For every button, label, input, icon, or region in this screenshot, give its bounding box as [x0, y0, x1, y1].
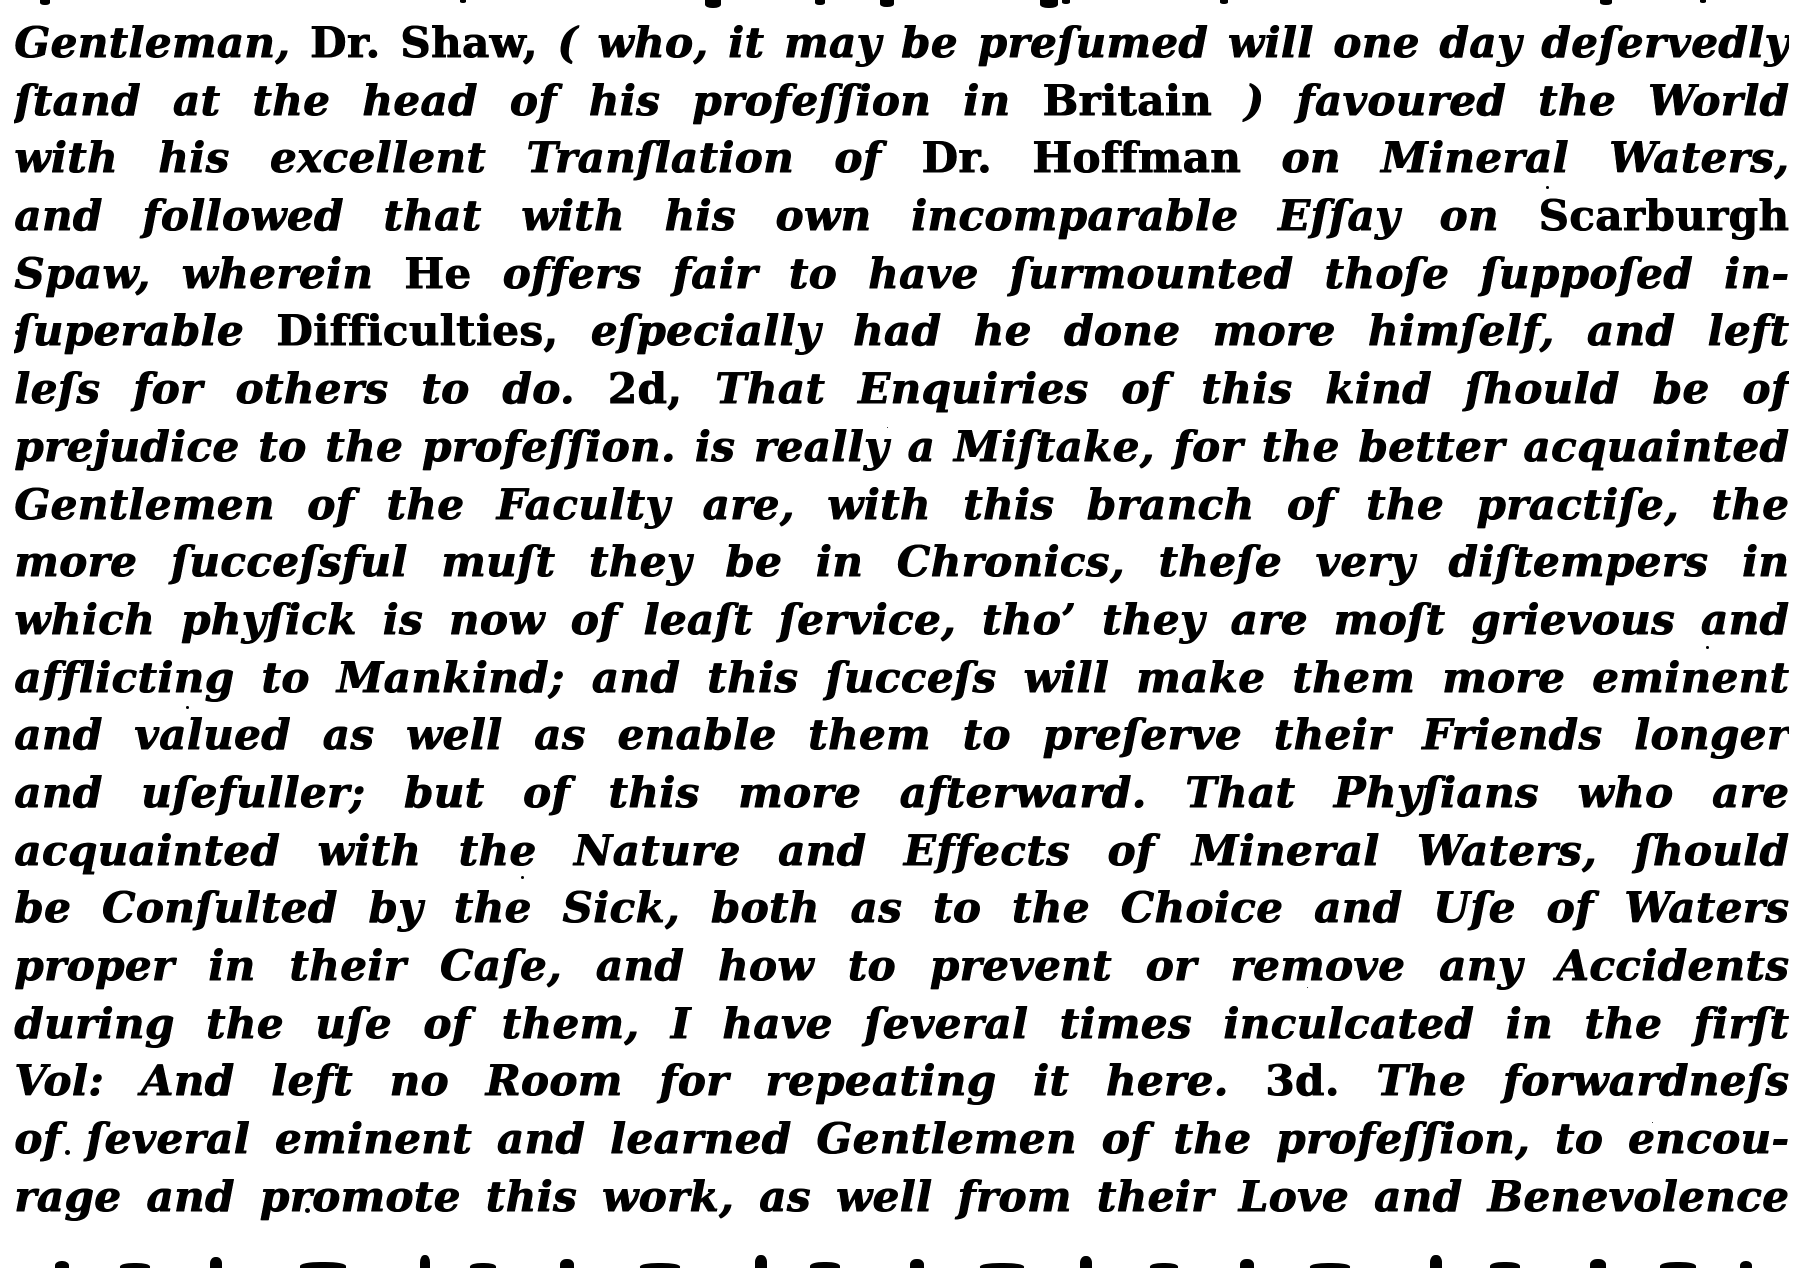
- text-line: be Conſulted by the Sick, both as to the…: [14, 879, 1789, 937]
- ink-fragment: [1310, 1263, 1350, 1268]
- ink-fragment: [560, 1259, 574, 1268]
- ink-fragment: [1150, 1263, 1178, 1268]
- ink-fragment: [1740, 1261, 1752, 1268]
- text-block: Gentleman, Dr. Shaw, ( who, it may be pr…: [14, 14, 1789, 1225]
- ink-fragment: [210, 1257, 222, 1268]
- text-line: which phyſick is now of leaſt ſervice, t…: [14, 591, 1789, 649]
- ink-fragment: [470, 1263, 496, 1268]
- ink-fragment: [1660, 1262, 1696, 1268]
- text-line: ſtand at the head of his profeſſion in B…: [14, 72, 1789, 130]
- text-line: Gentlemen of the Faculty are, with this …: [14, 476, 1789, 534]
- text-line: of ſeveral eminent and learned Gentlemen…: [14, 1110, 1789, 1168]
- text-line: and valued as well as enable them to pre…: [14, 706, 1789, 764]
- text-line: and followed that with his own incompara…: [14, 187, 1789, 245]
- ink-fragment: [1600, 0, 1612, 5]
- ink-fragment: [300, 1262, 346, 1268]
- ink-fragment: [1590, 1259, 1606, 1268]
- text-line: ſuperable Difficulties, eſpecially had h…: [14, 302, 1789, 360]
- ink-fragment: [1062, 0, 1070, 4]
- text-line: Vol: And left no Room for repeating it h…: [14, 1052, 1789, 1110]
- scanned-book-page: Gentleman, Dr. Shaw, ( who, it may be pr…: [0, 0, 1799, 1268]
- ink-fragment: [815, 0, 825, 5]
- text-line: during the uſe of them, I have ſeveral t…: [14, 995, 1789, 1053]
- ink-fragment: [1430, 1255, 1442, 1268]
- ink-specks: [0, 0, 5, 5]
- text-line: leſs for others to do. 2d, That Enquirie…: [14, 360, 1789, 418]
- ink-fragment: [640, 1263, 680, 1268]
- ink-fragment: [980, 1263, 1024, 1268]
- ink-fragment: [1490, 1262, 1520, 1268]
- ink-fragment: [880, 0, 894, 7]
- text-line: more ſucceſsful muſt they be in Chronics…: [14, 533, 1789, 591]
- ink-fragment: [705, 0, 721, 8]
- ink-fragment: [910, 1259, 924, 1268]
- ink-fragment: [1080, 1256, 1092, 1268]
- ink-fragment: [1240, 1259, 1254, 1268]
- ink-fragment: [1700, 0, 1706, 3]
- text-line: with his excellent Tranſlation of Dr. Ho…: [14, 129, 1789, 187]
- ink-fragment: [420, 1255, 430, 1268]
- ink-fragment: [55, 1261, 69, 1268]
- ink-fragment: [40, 0, 50, 5]
- ink-fragment: [1040, 0, 1058, 8]
- text-line: prejudice to the profeſſion. is really a…: [14, 418, 1789, 476]
- text-line: Gentleman, Dr. Shaw, ( who, it may be pr…: [14, 14, 1789, 72]
- cropped-line-bottom-fragments: [0, 1246, 1799, 1268]
- text-line: Spaw, wherein He offers fair to have ſur…: [14, 245, 1789, 303]
- ink-fragment: [120, 1263, 150, 1268]
- text-line: proper in their Caſe, and how to prevent…: [14, 937, 1789, 995]
- text-line: acquainted with the Nature and Effects o…: [14, 822, 1789, 880]
- ink-fragment: [460, 0, 466, 3]
- text-line: afflicting to Mankind; and this ſucceſs …: [14, 649, 1789, 707]
- ink-fragment: [755, 1255, 767, 1268]
- ink-fragment: [1220, 0, 1228, 4]
- text-line: and uſefuller; but of this more afterwar…: [14, 764, 1789, 822]
- text-line: rage and promote this work, as well from…: [14, 1168, 1789, 1226]
- ink-fragment: [810, 1262, 840, 1268]
